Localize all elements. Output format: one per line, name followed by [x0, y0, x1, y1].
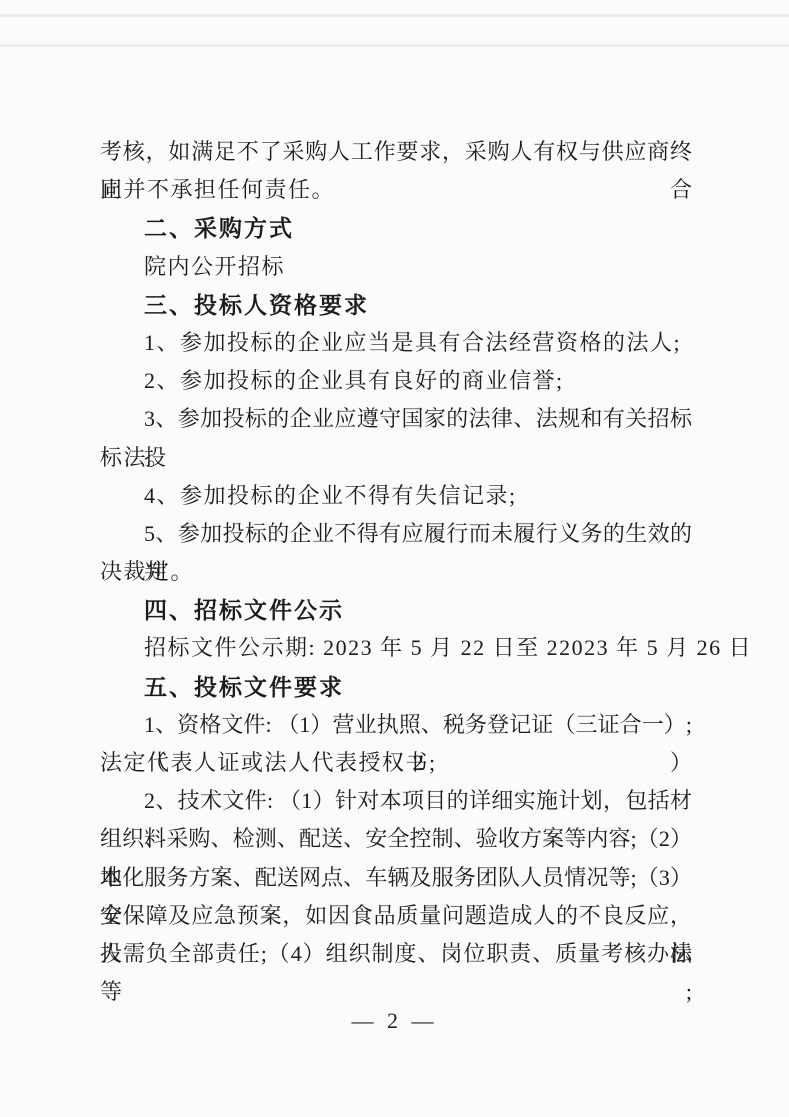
list-item: 1、资格文件: （1）营业执照、税务登记证（三证合一）;（2）: [100, 706, 692, 744]
list-item: 5、参加投标的企业不得有应履行而未履行义务的生效的判: [100, 515, 692, 553]
text-line: 考核，如满足不了采购人工作要求，采购人有权与供应商终止合: [100, 133, 692, 171]
text-line: 人需负全部责任;（4）组织制度、岗位职责、质量考核办法等;: [100, 935, 692, 973]
text-line: 组织、采购、检测、配送、安全控制、验收方案等内容;（2）本: [100, 820, 692, 858]
section-heading: 三、投标人资格要求: [100, 286, 692, 324]
section-heading: 五、投标文件要求: [100, 668, 692, 706]
section-heading: 二、采购方式: [100, 209, 692, 247]
text-line: 标法。: [100, 439, 692, 477]
text-line: 院内公开招标: [100, 248, 692, 286]
list-item: 4、参加投标的企业不得有失信记录;: [100, 477, 692, 515]
list-item: 2、技术文件: （1）针对本项目的详细实施计划，包括材料: [100, 782, 692, 820]
text-line: 决裁定。: [100, 553, 692, 591]
section-heading: 四、招标文件公示: [100, 591, 692, 629]
document-page: 考核，如满足不了采购人工作要求，采购人有权与供应商终止合 同并不承担任何责任。 …: [0, 0, 789, 1117]
list-item: 1、参加投标的企业应当是具有合法经营资格的法人;: [100, 324, 692, 362]
document-body: 考核，如满足不了采购人工作要求，采购人有权与供应商终止合 同并不承担任何责任。 …: [100, 133, 692, 973]
scan-artifact: [0, 44, 789, 47]
text-line: 招标文件公示期: 2023 年 5 月 22 日至 22023 年 5 月 26…: [100, 629, 692, 667]
text-line: 地化服务方案、配送网点、车辆及服务团队人员情况等;（3）安: [100, 859, 692, 897]
page-number: — 2 —: [0, 1008, 789, 1034]
text-line: 全保障及应急预案，如因食品质量问题造成人的不良反应，投标: [100, 897, 692, 935]
list-item: 2、参加投标的企业具有良好的商业信誉;: [100, 362, 692, 400]
scan-artifact: [0, 14, 789, 17]
list-item: 3、参加投标的企业应遵守国家的法律、法规和有关招标投: [100, 400, 692, 438]
